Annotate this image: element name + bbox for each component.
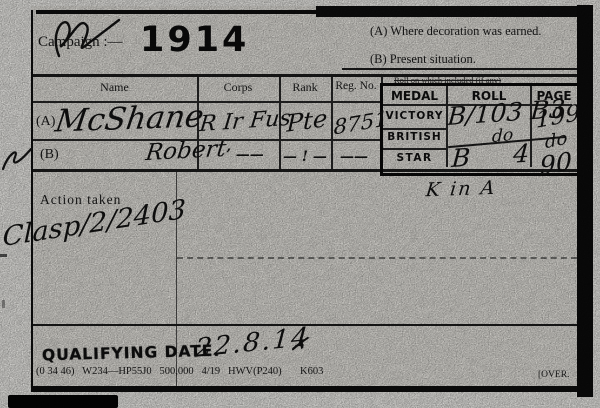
card-top-border-right bbox=[316, 6, 582, 17]
scan-artifact-blob bbox=[8, 395, 118, 408]
row-b-label: (B) bbox=[40, 147, 59, 163]
stray-ink-mark bbox=[2, 300, 5, 308]
star-page-value: 90 bbox=[539, 146, 572, 180]
column-header-corps: Corps bbox=[197, 80, 279, 95]
card-bottom-border bbox=[31, 386, 579, 392]
card-left-border bbox=[31, 10, 33, 388]
column-header-rank: Rank bbox=[279, 80, 331, 95]
stamp-medal-victory: VICTORY bbox=[383, 110, 446, 122]
stamp-medal-british: BRITISH bbox=[383, 131, 446, 143]
stray-ink-mark bbox=[0, 254, 7, 257]
stamp-medal-star: STAR bbox=[383, 152, 446, 164]
surname-handwritten: McShane bbox=[53, 98, 206, 139]
stamp-row-divider bbox=[383, 148, 447, 150]
rank-handwritten: Pte bbox=[286, 104, 328, 137]
star-roll-value: B 4 bbox=[451, 138, 540, 173]
medal-index-card-scan: Campaign :— 1914 (A) Where decoration wa… bbox=[0, 0, 600, 408]
ink-scribble bbox=[45, 10, 125, 62]
qualifying-date-mark: ✗ bbox=[288, 331, 309, 357]
legend-a: (A) Where decoration was earned. bbox=[370, 24, 542, 39]
margin-check-mark bbox=[0, 142, 34, 174]
over-label: [OVER. bbox=[538, 370, 569, 380]
dotted-rule bbox=[177, 257, 577, 259]
column-header-reg-no: Reg. No. bbox=[331, 80, 381, 92]
column-header-name: Name bbox=[32, 80, 197, 95]
stamp-header-medal: MEDAL bbox=[383, 89, 446, 103]
legend-b: (B) Present situation. bbox=[370, 52, 476, 67]
reg-ditto-dash: —— bbox=[340, 149, 368, 165]
campaign-year: 1914 bbox=[140, 20, 249, 60]
row-a-label: (A) bbox=[36, 114, 55, 130]
rank-ditto-dash: — ! — bbox=[283, 149, 327, 165]
card-right-border bbox=[577, 5, 593, 397]
form-print-code: (0 34 46) W234—HP55J0 500,000 4/19 HWV(P… bbox=[36, 366, 323, 377]
forename-handwritten: Robert bbox=[144, 136, 228, 166]
killed-in-action-note: K in A bbox=[425, 177, 498, 201]
stamp-row-divider bbox=[383, 128, 447, 130]
corps-ditto-dash: ’ —— bbox=[226, 147, 264, 163]
legend-underline bbox=[342, 68, 578, 70]
